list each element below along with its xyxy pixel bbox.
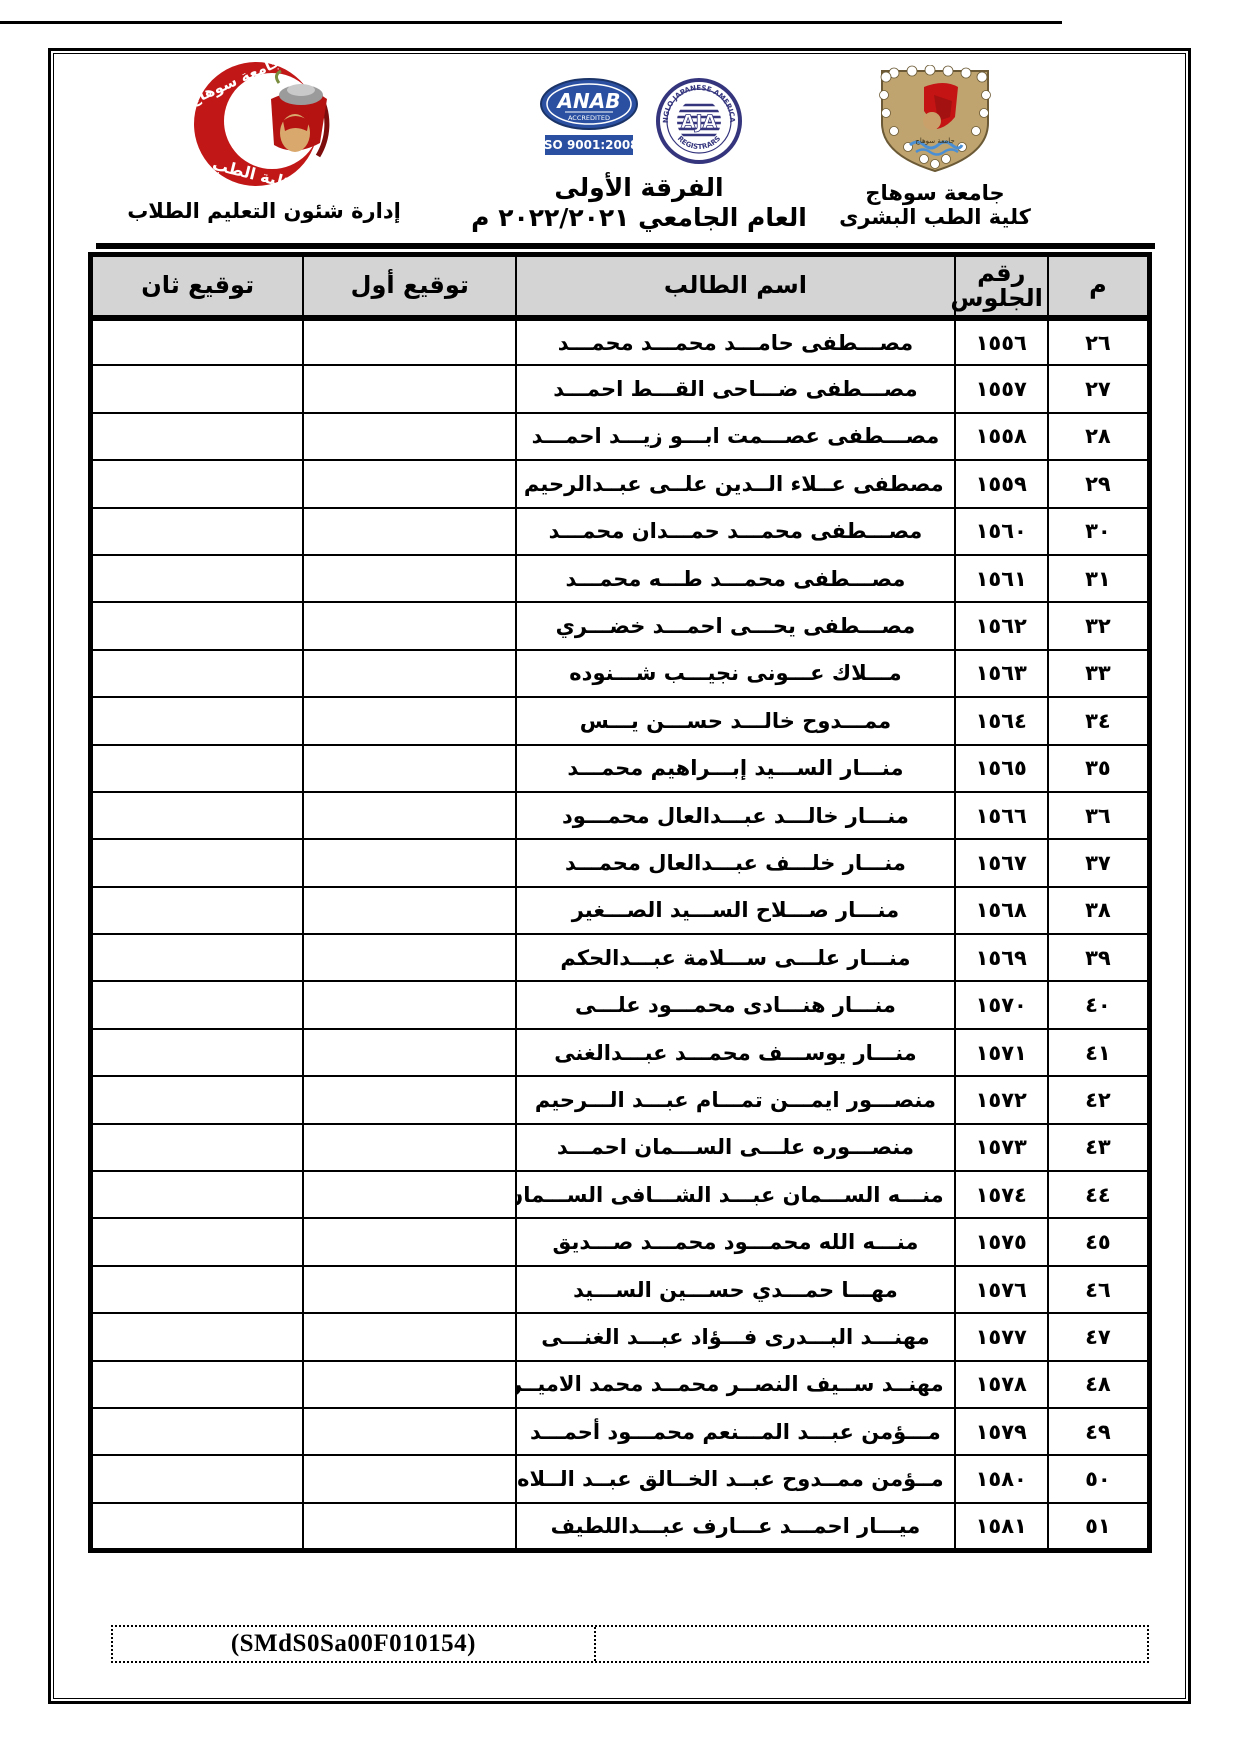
table-row: ٤٦١٥٧٦مهـــا حمـــدي حســـين الســـيد (91, 1266, 1150, 1313)
second-signature-cell (91, 839, 304, 886)
seat-number-cell: ١٥٧٣ (955, 1124, 1048, 1171)
seat-number-cell: ١٥٧٥ (955, 1218, 1048, 1265)
document-header: جامعة سوهاج جامعة سوهاج كلية الطب البشرى… (54, 57, 1185, 243)
table-row: ٣٣١٥٦٣مـــلاك عـــونى نجيـــب شـــنوده (91, 650, 1150, 697)
table-row: ٥٠١٥٨٠مــؤمن ممــدوح عبــد الخــالق عبــ… (91, 1455, 1150, 1502)
table-row: ٤٨١٥٧٨مهنــد ســيف النصــر محمــد محمد ا… (91, 1361, 1150, 1408)
index-cell: ٤٣ (1048, 1124, 1150, 1171)
second-signature-cell (91, 650, 304, 697)
student-name-cell: ميـــار احمـــد عـــارف عبـــداللطيف (516, 1503, 954, 1550)
index-cell: ٤٩ (1048, 1408, 1150, 1455)
second-signature-cell (91, 555, 304, 602)
department-name: إدارة شئون التعليم الطلاب (99, 199, 429, 223)
second-signature-cell (91, 792, 304, 839)
second-signature-cell (91, 1503, 304, 1550)
student-name-cell: منـــار يوســـف محمـــد عبـــدالغنى (516, 1029, 954, 1076)
student-name-cell: منـــه الله محمـــود محمـــد صـــديق (516, 1218, 954, 1265)
table-row: ٤٤١٥٧٤منـــه الســـمان عبـــد الشـــافى … (91, 1171, 1150, 1218)
index-cell: ٣٥ (1048, 745, 1150, 792)
first-signature-cell (303, 413, 516, 460)
student-name-cell: مــؤمن ممــدوح عبــد الخــالق عبــد الــ… (516, 1455, 954, 1502)
table-row: ٤٢١٥٧٢منصـــور ايمـــن تمـــام عبـــد ال… (91, 1076, 1150, 1123)
index-cell: ٥١ (1048, 1503, 1150, 1550)
seat-number-cell: ١٥٦٩ (955, 934, 1048, 981)
second-signature-cell (91, 1455, 304, 1502)
table-row: ٤١١٥٧١منـــار يوســـف محمـــد عبـــدالغن… (91, 1029, 1150, 1076)
table-row: ٤٩١٥٧٩مـــؤمن عبـــد المـــنعم محمـــود … (91, 1408, 1150, 1455)
first-signature-cell (303, 1313, 516, 1360)
first-signature-cell (303, 650, 516, 697)
second-signature-cell (91, 318, 304, 365)
student-name-cell: مصـــطفى محمـــد حمـــدان محمـــد (516, 508, 954, 555)
student-name-cell: مصـــطفى عصـــمت ابـــو زيـــد احمـــد (516, 413, 954, 460)
first-signature-cell (303, 1171, 516, 1218)
student-name-cell: مصطفى عــلاء الــدين علــى عبــدالرحيم (516, 460, 954, 507)
table-row: ٢٩١٥٥٩مصطفى عــلاء الــدين علــى عبــدال… (91, 460, 1150, 507)
index-cell: ٤٢ (1048, 1076, 1150, 1123)
first-signature-cell (303, 1266, 516, 1313)
student-name-cell: مصـــطفى محمـــد طـــه محمـــد (516, 555, 954, 602)
second-signature-cell (91, 460, 304, 507)
index-cell: ٢٩ (1048, 460, 1150, 507)
first-signature-cell (303, 602, 516, 649)
student-name-cell: مهنـــد البـــدرى فـــؤاد عبـــد الغنـــ… (516, 1313, 954, 1360)
index-cell: ٣١ (1048, 555, 1150, 602)
document-code: (SMdS0Sa00F010154) (113, 1627, 596, 1661)
index-cell: ٤٤ (1048, 1171, 1150, 1218)
second-signature-cell (91, 1076, 304, 1123)
second-signature-cell (91, 981, 304, 1028)
first-signature-cell (303, 1124, 516, 1171)
table-row: ٣٧١٥٦٧منـــار خلـــف عبـــدالعال محمـــد (91, 839, 1150, 886)
second-signature-cell (91, 1029, 304, 1076)
seat-number-cell: ١٥٨١ (955, 1503, 1048, 1550)
student-name-cell: مهنــد ســيف النصــر محمــد محمد الاميــ… (516, 1361, 954, 1408)
student-table-body: ٢٦١٥٥٦مصـــطفى حامـــد محمـــد محمـــد٢٧… (91, 318, 1150, 1550)
seat-number-cell: ١٥٧٦ (955, 1266, 1048, 1313)
second-signature-cell (91, 1171, 304, 1218)
table-row: ٣٨١٥٦٨منـــار صـــلاح الســـيد الصـــغير (91, 887, 1150, 934)
second-signature-cell (91, 1361, 304, 1408)
first-signature-cell (303, 1455, 516, 1502)
col-header-second-signature: توقيع ثان (91, 255, 304, 319)
seat-number-cell: ١٥٦٨ (955, 887, 1048, 934)
student-name-cell: منـــار هنـــادى محمـــود علـــى (516, 981, 954, 1028)
table-row: ٣٩١٥٦٩منـــار علـــى ســـلامة عبـــدالحك… (91, 934, 1150, 981)
footer-blank-box (596, 1627, 1147, 1661)
seat-number-cell: ١٥٨٠ (955, 1455, 1048, 1502)
seat-number-cell: ١٥٦٧ (955, 839, 1048, 886)
first-signature-cell (303, 697, 516, 744)
seat-number-cell: ١٥٦٥ (955, 745, 1048, 792)
student-name-cell: منصـــوره علـــى الســـمان احمـــد (516, 1124, 954, 1171)
index-cell: ٣٩ (1048, 934, 1150, 981)
student-name-cell: منـــار خلـــف عبـــدالعال محمـــد (516, 839, 954, 886)
table-row: ٣٤١٥٦٤ممـــدوح خالـــد حســـن يـــس (91, 697, 1150, 744)
second-signature-cell (91, 602, 304, 649)
student-name-cell: منصـــور ايمـــن تمـــام عبـــد الـــرحي… (516, 1076, 954, 1123)
first-signature-cell (303, 792, 516, 839)
table-row: ٤٣١٥٧٣منصـــوره علـــى الســـمان احمـــد (91, 1124, 1150, 1171)
student-name-cell: منـــار الســـيد إبـــراهيم محمـــد (516, 745, 954, 792)
page-inner-border: جامعة سوهاج جامعة سوهاج كلية الطب البشرى… (53, 53, 1186, 1699)
table-row: ٣٥١٥٦٥منـــار الســـيد إبـــراهيم محمـــ… (91, 745, 1150, 792)
first-signature-cell (303, 1029, 516, 1076)
student-name-cell: منـــار علـــى ســـلامة عبـــدالحكم (516, 934, 954, 981)
accreditation-logos: ANAB ACCREDITED ISO 9001:2008 (424, 77, 854, 165)
table-row: ٤٥١٥٧٥منـــه الله محمـــود محمـــد صـــد… (91, 1218, 1150, 1265)
seat-number-cell: ١٥٦٣ (955, 650, 1048, 697)
index-cell: ٣٤ (1048, 697, 1150, 744)
index-cell: ٥٠ (1048, 1455, 1150, 1502)
seat-number-cell: ١٥٦٢ (955, 602, 1048, 649)
col-header-student-name: اسم الطالب (516, 255, 954, 319)
anab-text: ANAB (556, 89, 621, 113)
student-roster-table: م رقم الجلوس اسم الطالب توقيع أول توقيع … (88, 252, 1152, 1553)
seat-number-cell: ١٥٧٨ (955, 1361, 1048, 1408)
table-row: ٥١١٥٨١ميـــار احمـــد عـــارف عبـــداللط… (91, 1503, 1150, 1550)
page-border: جامعة سوهاج جامعة سوهاج كلية الطب البشرى… (48, 48, 1191, 1704)
seat-number-cell: ١٥٦١ (955, 555, 1048, 602)
table-row: ٢٦١٥٥٦مصـــطفى حامـــد محمـــد محمـــد (91, 318, 1150, 365)
student-name-cell: مـــلاك عـــونى نجيـــب شـــنوده (516, 650, 954, 697)
second-signature-cell (91, 1408, 304, 1455)
seat-number-cell: ١٥٦٦ (955, 792, 1048, 839)
index-cell: ٤٠ (1048, 981, 1150, 1028)
first-signature-cell (303, 1503, 516, 1550)
index-cell: ٤٨ (1048, 1361, 1150, 1408)
table-row: ٢٧١٥٥٧مصـــطفى ضـــاحى القـــط احمـــد (91, 365, 1150, 412)
student-name-cell: مهـــا حمـــدي حســـين الســـيد (516, 1266, 954, 1313)
student-name-cell: مصـــطفى حامـــد محمـــد محمـــد (516, 318, 954, 365)
second-signature-cell (91, 1266, 304, 1313)
aja-logo: ANGLO JAPANESE AMERICAN REGISTRARS AJA (655, 77, 743, 165)
header-divider-bar (96, 243, 1155, 249)
seat-number-cell: ١٥٧٧ (955, 1313, 1048, 1360)
seat-number-cell: ١٥٦٤ (955, 697, 1048, 744)
first-signature-cell (303, 1076, 516, 1123)
col-header-index: م (1048, 255, 1150, 319)
table-row: ٤٠١٥٧٠منـــار هنـــادى محمـــود علـــى (91, 981, 1150, 1028)
seat-number-cell: ١٥٧٤ (955, 1171, 1048, 1218)
seat-number-cell: ١٥٦٠ (955, 508, 1048, 555)
index-cell: ٢٨ (1048, 413, 1150, 460)
col-header-seat-number: رقم الجلوس (955, 255, 1048, 319)
index-cell: ٤٧ (1048, 1313, 1150, 1360)
second-signature-cell (91, 887, 304, 934)
first-signature-cell (303, 1361, 516, 1408)
table-row: ٣٠١٥٦٠مصـــطفى محمـــد حمـــدان محمـــد (91, 508, 1150, 555)
header-center-block: ANAB ACCREDITED ISO 9001:2008 (424, 77, 854, 233)
aja-center-text: AJA (681, 111, 718, 133)
first-signature-cell (303, 887, 516, 934)
seat-number-cell: ١٥٥٩ (955, 460, 1048, 507)
student-name-cell: مـــؤمن عبـــد المـــنعم محمـــود أحمـــ… (516, 1408, 954, 1455)
second-signature-cell (91, 934, 304, 981)
seat-number-cell: ١٥٥٦ (955, 318, 1048, 365)
first-signature-cell (303, 1408, 516, 1455)
first-signature-cell (303, 1218, 516, 1265)
second-signature-cell (91, 745, 304, 792)
first-signature-cell (303, 981, 516, 1028)
index-cell: ٣٠ (1048, 508, 1150, 555)
index-cell: ٤١ (1048, 1029, 1150, 1076)
student-name-cell: ممـــدوح خالـــد حســـن يـــس (516, 697, 954, 744)
index-cell: ٣٣ (1048, 650, 1150, 697)
index-cell: ٤٥ (1048, 1218, 1150, 1265)
first-signature-cell (303, 508, 516, 555)
second-signature-cell (91, 365, 304, 412)
table-row: ٣٢١٥٦٢مصـــطفى يحـــى احمـــد خضـــري (91, 602, 1150, 649)
index-cell: ٣٧ (1048, 839, 1150, 886)
first-signature-cell (303, 839, 516, 886)
second-signature-cell (91, 697, 304, 744)
seat-number-cell: ١٥٥٨ (955, 413, 1048, 460)
index-cell: ٣٦ (1048, 792, 1150, 839)
grade-title: الفرقة الأولى (424, 173, 854, 203)
index-cell: ٢٧ (1048, 365, 1150, 412)
iso-text: ISO 9001:2008 (539, 138, 638, 152)
first-signature-cell (303, 460, 516, 507)
first-signature-cell (303, 318, 516, 365)
university-shield-logo: جامعة سوهاج (872, 65, 998, 177)
index-cell: ٣٨ (1048, 887, 1150, 934)
table-row: ٣١١٥٦١مصـــطفى محمـــد طـــه محمـــد (91, 555, 1150, 602)
second-signature-cell (91, 1218, 304, 1265)
second-signature-cell (91, 413, 304, 460)
second-signature-cell (91, 1313, 304, 1360)
anab-accredited-text: ACCREDITED (568, 114, 610, 122)
student-name-cell: منـــه الســـمان عبـــد الشـــافى الســـ… (516, 1171, 954, 1218)
index-cell: ٢٦ (1048, 318, 1150, 365)
index-cell: ٤٦ (1048, 1266, 1150, 1313)
shield-caption-text: جامعة سوهاج (915, 137, 954, 145)
academic-year: العام الجامعي ٢٠٢٢/٢٠٢١ م (424, 203, 854, 233)
student-name-cell: منـــار صـــلاح الســـيد الصـــغير (516, 887, 954, 934)
anab-logo: ANAB ACCREDITED ISO 9001:2008 (535, 77, 647, 163)
second-signature-cell (91, 508, 304, 555)
seat-number-cell: ١٥٧٢ (955, 1076, 1048, 1123)
first-signature-cell (303, 365, 516, 412)
scan-artifact-line (0, 21, 1062, 24)
crescent-medical-logo: جامعة سوهاج كلية الطب (159, 57, 369, 193)
first-signature-cell (303, 555, 516, 602)
seat-number-cell: ١٥٧٠ (955, 981, 1048, 1028)
student-name-cell: مصـــطفى يحـــى احمـــد خضـــري (516, 602, 954, 649)
index-cell: ٣٢ (1048, 602, 1150, 649)
first-signature-cell (303, 745, 516, 792)
seat-number-cell: ١٥٥٧ (955, 365, 1048, 412)
first-signature-cell (303, 934, 516, 981)
footer-bar: (SMdS0Sa00F010154) (111, 1625, 1149, 1663)
student-name-cell: منـــار خالـــد عبـــدالعال محمـــود (516, 792, 954, 839)
table-row: ٤٧١٥٧٧مهنـــد البـــدرى فـــؤاد عبـــد ا… (91, 1313, 1150, 1360)
table-row: ٣٦١٥٦٦منـــار خالـــد عبـــدالعال محمـــ… (91, 792, 1150, 839)
seat-number-cell: ١٥٧١ (955, 1029, 1048, 1076)
table-row: ٢٨١٥٥٨مصـــطفى عصـــمت ابـــو زيـــد احم… (91, 413, 1150, 460)
table-header-row: م رقم الجلوس اسم الطالب توقيع أول توقيع … (91, 255, 1150, 319)
header-left-block: جامعة سوهاج كلية الطب إدارة شئون التعليم… (99, 57, 429, 223)
student-name-cell: مصـــطفى ضـــاحى القـــط احمـــد (516, 365, 954, 412)
seat-number-cell: ١٥٧٩ (955, 1408, 1048, 1455)
col-header-first-signature: توقيع أول (303, 255, 516, 319)
second-signature-cell (91, 1124, 304, 1171)
